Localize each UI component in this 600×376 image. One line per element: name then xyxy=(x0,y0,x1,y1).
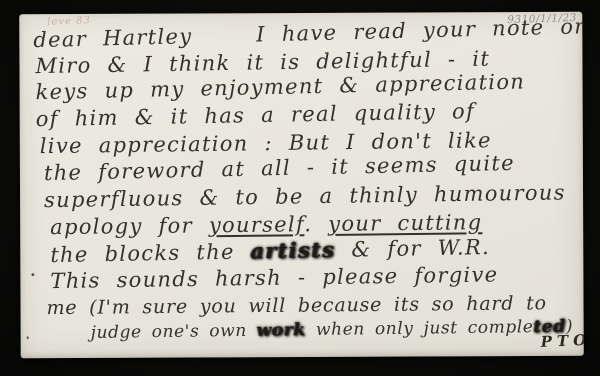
line-text: of him & it has a real quality of xyxy=(35,99,475,131)
line-text: me (I'm sure you will because its so har… xyxy=(46,292,547,319)
line-text: This sounds harsh - please forgive xyxy=(50,262,498,293)
dust-speck xyxy=(27,336,29,339)
underlined-word: yourself xyxy=(209,212,305,237)
dust-speck xyxy=(31,273,34,276)
line-text: when only just comple xyxy=(306,317,534,340)
inked-over-word: artists xyxy=(250,237,335,264)
handwritten-line-11: me (I'm sure you will because its so har… xyxy=(46,292,547,319)
handwritten-line-4: of him & it has a real quality of xyxy=(35,99,475,131)
pto-mark: PTO xyxy=(540,331,583,351)
handwritten-line-7: superfluous & to be a thinly humourous xyxy=(44,180,566,212)
line-text: . xyxy=(304,212,328,236)
handwritten-line-9: the blocks the artists & for W.R. xyxy=(50,234,490,267)
handwritten-line-1: dear Hartley I have read your note on xyxy=(33,14,584,52)
dust-speck xyxy=(563,344,565,346)
underlined-word: your cutting xyxy=(328,210,482,236)
handwritten-line-12: judge one's own work when only just comp… xyxy=(91,317,574,343)
handwritten-line-10: This sounds harsh - please forgive xyxy=(50,262,498,293)
postcard: leve 83 9310/1/1/23 dear Hartley I have … xyxy=(19,12,583,358)
line-text: superfluous & to be a thinly humourous xyxy=(44,180,566,212)
line-text: judge one's own xyxy=(91,321,257,343)
line-text: the blocks the xyxy=(50,239,251,267)
line-text: & for W.R. xyxy=(335,235,490,262)
line-text: apology for xyxy=(50,213,209,239)
inked-over-word: work xyxy=(257,320,306,341)
line-text: dear Hartley I have read your note on xyxy=(33,14,584,52)
photograph-background: leve 83 9310/1/1/23 dear Hartley I have … xyxy=(0,0,600,376)
